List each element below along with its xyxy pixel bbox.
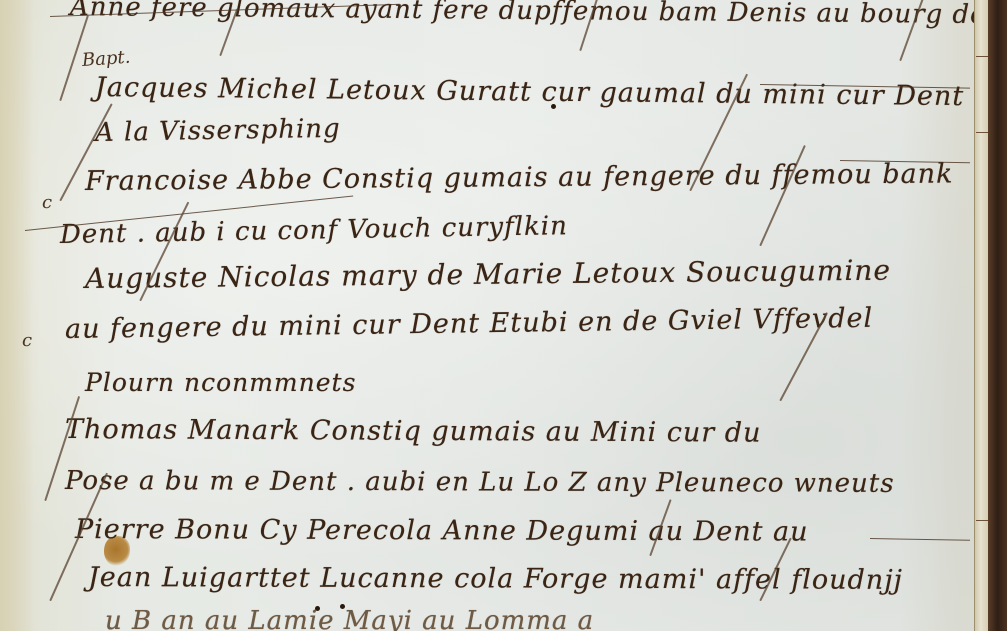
- text-line-1: Anne fere glomaux ayant fere dupffemou b…: [70, 0, 1005, 30]
- ink-dot: [315, 606, 320, 611]
- text-line-10: Pose a bu m e Dent . aubi en Lu Lo Z any…: [65, 466, 895, 499]
- page-left-margin: [0, 0, 34, 631]
- text-line-6: Auguste Nicolas mary de Marie Letoux Sou…: [85, 254, 891, 295]
- edge-mark: [976, 56, 988, 57]
- text-line-3: A la Vissersphing: [95, 114, 341, 148]
- margin-note-c1: c: [42, 192, 52, 213]
- text-line-4: Francoise Abbe Constiq gumais au fengere…: [85, 158, 954, 197]
- text-line-11: Pierre Bonu Cy Perecola Anne Degumi au D…: [75, 514, 809, 548]
- text-line-5: Dent . aub i cu conf Vouch curyflkin: [60, 211, 568, 250]
- text-line-8: Plourn nconmmnets: [85, 368, 356, 397]
- text-line-2: Jacques Michel Letoux Guratt cur gaumal …: [95, 72, 965, 112]
- book-binding: [988, 0, 1007, 631]
- ink-dot: [551, 104, 556, 109]
- text-line-9: Thomas Manark Constiq gumais au Mini cur…: [65, 414, 762, 449]
- page-edge: [974, 0, 989, 631]
- edge-mark: [976, 520, 988, 521]
- rule-line: [870, 538, 970, 541]
- text-line-7: au fengere du mini cur Dent Etubi en de …: [65, 303, 874, 345]
- text-line-12: Jean Luigarttet Lucanne cola Forge mami'…: [88, 562, 903, 596]
- margin-note-bapt: Bapt.: [81, 47, 131, 71]
- ink-dot: [340, 604, 345, 609]
- edge-mark: [976, 132, 988, 133]
- register-page: Bapt. c c Anne fere glomaux ayant fere d…: [0, 0, 1007, 631]
- margin-note-c2: c: [22, 330, 32, 351]
- text-line-13: u B an au Lamie Mayi au Lomma a: [105, 606, 594, 631]
